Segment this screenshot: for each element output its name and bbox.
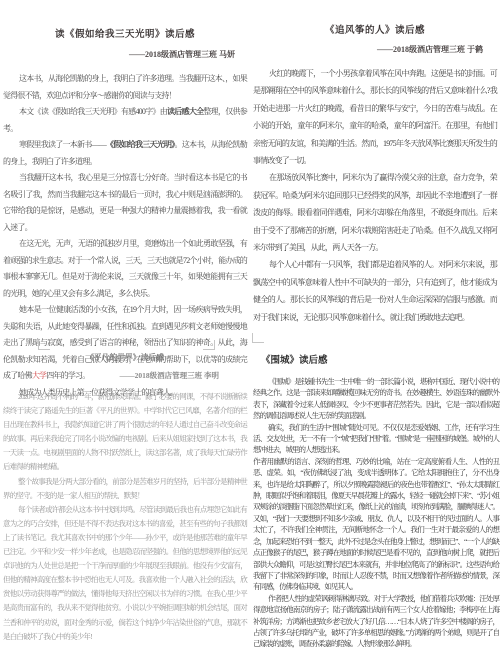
text-segment: 整个故事我是分两大部分看的，前部分是苦难岁月的坚持，后半部分是精神世界的坚守。不… — [3, 477, 247, 500]
paragraph: 当我翻开这本书，我心里是三分惊喜七分好奇。当时看这本书是它的书名吸引了我，然而当… — [3, 170, 247, 236]
paragraph: 每个读者或许都会从这本书中找到共鸣。尽管读到最后我也有点埋怨它如此有意为之的巧合… — [3, 503, 247, 644]
essay-1-title: 读《假如给我三天光明》读后感 — [3, 26, 247, 40]
text-segment: 2020年这开局不利的一年，新冠肺炎肆虐。除了必要的网课，不得不说断断续续终于读… — [3, 392, 247, 471]
essay-2-paragraphs: 2020年这开局不利的一年，新冠肺炎肆虐。除了必要的网课，不得不说断断续续终于读… — [3, 390, 247, 644]
text-segment: 寒假里我读了一本新书—— — [19, 140, 106, 149]
text-segment: 每个人心中都有一只风筝，我们都是追着风筝的人。对阿米尔来说，那飘荡空中的风筝意味… — [253, 260, 497, 321]
paragraph: 这本书，从海伦凯勒的身上，我明白了许多道理。当我翻开这本、，如果觉得很不错，欢迎… — [3, 71, 247, 104]
text-segment: 读后感大全 — [167, 107, 203, 116]
essay-2-author: ——2018级酒店管理三班 李明 — [3, 370, 247, 381]
paragraph: 2020年这开局不利的一年，新冠肺炎肆虐。除了必要的网课，不得不说断断续续终于读… — [3, 390, 247, 475]
essay-3-paragraphs: 火红的晚霞下，一个小男孩拿着风筝在风中奔跑。这便是书的封面。可是那翱翔在空中的风… — [253, 65, 497, 326]
text-segment: 确实，我们的生活中“围城”随处可见。不仅仅是恋爱婚姻、工作，还有学习生活、交友处… — [253, 423, 499, 455]
text-segment: 《假如给我三天光明》 — [106, 140, 175, 149]
essay-2-title: 《平凡的世界》读后感 — [3, 352, 247, 363]
right-page-column: 《追风筝的人》读后感 ——2018级酒店管理三班 于鹤 火红的晚霞下，一个小男孩… — [250, 0, 500, 666]
paragraph: 每个人心中都有一只风筝，我们都是追着风筝的人。对阿米尔来说，那飘荡空中的风筝意味… — [253, 256, 497, 326]
essay-kite-runner: 《追风筝的人》读后感 ——2018级酒店管理三班 于鹤 火红的晚霞下，一个小男孩… — [253, 22, 497, 326]
essay-4-title: 《围城》读后感 — [253, 352, 499, 366]
page-corner-mark — [203, 340, 215, 350]
document-montage: 读《假如给我三天光明》读后感 ——2018级酒店管理三班 马妍 这本书，从海伦凯… — [0, 0, 500, 666]
essay-3-title: 《追风筝的人》读后感 — [253, 22, 497, 36]
paragraph: 在那场放风筝比赛中，阿米尔为了赢得冷漠父亲的注意，奋力竞争，荣获冠军。哈桑为阿米… — [253, 169, 497, 256]
paragraph: 确实，我们的生活中“围城”随处可见。不仅仅是恋爱婚姻、工作，还有学习生活、交友处… — [253, 422, 499, 456]
paragraph: 本文《读《假如给我三天光明》有感400字》由读后感大全整理，仅供参考。 — [3, 104, 247, 137]
left-page-column: 读《假如给我三天光明》读后感 ——2018级酒店管理三班 马妍 这本书，从海伦凯… — [0, 0, 250, 666]
essay-fortress-besieged: 《围城》读后感 《围城》是钱锺书先生一生中唯一的一部长篇小说，堪称中国近、现代小… — [253, 352, 499, 650]
essay-ordinary-world: 《平凡的世界》读后感 ——2018级酒店管理三班 李明 2020年这开局不利的一… — [3, 352, 247, 644]
text-segment: 《围城》是钱锺书先生一生中唯一的一部长篇小说，堪称中国近、现代小说中的经典之作。… — [253, 377, 499, 420]
essay-1-author: ——2018级酒店管理三班 马妍 — [3, 49, 247, 60]
paragraph: 整个故事我是分两大部分看的，前部分是苦难岁月的坚持，后半部分是精神世界的坚守。不… — [3, 475, 247, 503]
text-segment: 作者用幽默的语言、深刻的哲理、巧妙的比喻，站在一定高度俯看人生、人性的丑恶、虚荣… — [253, 457, 499, 591]
text-segment: 这本书，从海伦凯勒的身上，我明白了许多道理。当我翻开这本、，如果觉得很不错，欢迎… — [3, 74, 247, 100]
paragraph: 在这无光，无声，无语的孤独岁月里，竟磨炼出一个如此勇敢坚强，有着顽强的求生意志。… — [3, 236, 247, 302]
essay-4-paragraphs: 《围城》是钱锺书先生一生中唯一的一部长篇小说，堪称中国近、现代小说中的经典之作。… — [253, 376, 499, 650]
page-corner-mark — [38, 340, 50, 350]
text-segment: 火红的晚霞下，一个小男孩拿着风筝在风中奔跑。这便是书的封面。可是那翱翔在空中的风… — [253, 69, 497, 165]
text-segment: 在这无光，无声，无语的孤独岁月里，竟磨炼出一个如此勇敢坚强，有着顽强的求生意志。… — [3, 239, 247, 298]
text-segment: 当我翻开这本书，我心里是三分惊喜七分好奇。当时看这本书是它的书名吸引了我，然而当… — [3, 173, 247, 232]
text-segment: 每个读者或许都会从这本书中找到共鸣。尽管读到最后我也有点埋怨它如此有意为之的巧合… — [3, 505, 247, 641]
paragraph: 《围城》是钱锺书先生一生中唯一的一部长篇小说，堪称中国近、现代小说中的经典之作。… — [253, 376, 499, 422]
text-segment: 本文《读《假如给我三天光明》有感400字》由 — [19, 107, 167, 116]
text-segment: 作者把人性的虚荣讽刺得淋漓尽致。对于大学教授，他们借着兵灾吹嘘：汪处厚得意地宣扬… — [253, 594, 499, 649]
page-corner-mark — [252, 333, 264, 343]
paragraph: 寒假里我读了一本新书——《假如给我三天光明》。这本书，从海伦凯勒的身上，我明白了… — [3, 137, 247, 170]
text-segment: 在那场放风筝比赛中，阿米尔为了赢得冷漠父亲的注意，奋力竞争，荣获冠军。哈桑为阿米… — [253, 173, 497, 252]
essay-3-author: ——2018级酒店管理三班 于鹤 — [253, 44, 497, 55]
paragraph: 火红的晚霞下，一个小男孩拿着风筝在风中奔跑。这便是书的封面。可是那翱翔在空中的风… — [253, 65, 497, 169]
paragraph: 作者用幽默的语言、深刻的哲理、巧妙的比喻，站在一定高度俯看人生、人性的丑恶、虚荣… — [253, 456, 499, 593]
paragraph: 作者把人性的虚荣讽刺得淋漓尽致。对于大学教授，他们借着兵灾吹嘘：汪处厚得意地宣扬… — [253, 593, 499, 650]
